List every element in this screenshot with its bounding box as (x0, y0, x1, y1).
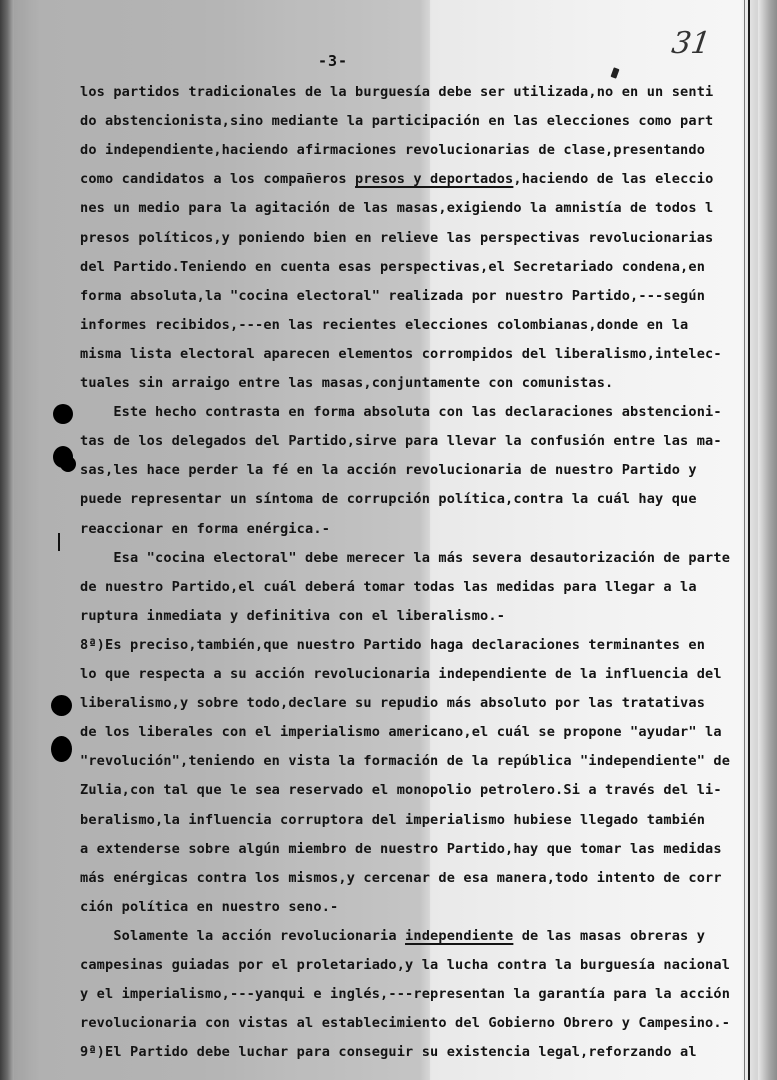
line-text: Solamente la acción revolucionaria (80, 928, 405, 944)
line-text: ,haciendo de las eleccio (513, 171, 713, 187)
document-line: Zulia,con tal que le sea reservado el mo… (80, 782, 722, 798)
document-line: do independiente,haciendo afirmaciones r… (80, 142, 705, 158)
line-text: los partidos tradicionales de la burgues… (80, 84, 713, 100)
line-text: de nuestro Partido,el cuál deberá tomar … (80, 579, 697, 595)
line-text: de los liberales con el imperialismo ame… (80, 724, 722, 740)
document-line: los partidos tradicionales de la burgues… (80, 84, 713, 100)
line-text: de las masas obreras y (513, 928, 705, 944)
document-line: presos políticos,y poniendo bien en reli… (80, 230, 713, 246)
line-text: informes recibidos,---en las recientes e… (80, 317, 688, 333)
document-line: revolucionaria con vistas al establecimi… (80, 1015, 730, 1031)
punch-hole-icon (51, 736, 72, 762)
document-line: del Partido.Teniendo en cuenta esas pers… (80, 259, 705, 275)
line-text: do independiente,haciendo afirmaciones r… (80, 142, 705, 158)
document-line: a extenderse sobre algún miembro de nues… (80, 841, 722, 857)
line-text: Zulia,con tal que le sea reservado el mo… (80, 782, 722, 798)
document-line: como candidatos a los compañeros presos … (80, 171, 713, 187)
line-text: nes un medio para la agitación de las ma… (80, 200, 713, 216)
line-text: liberalismo,y sobre todo,declare su repu… (80, 695, 705, 711)
document-line: puede representar un síntoma de corrupci… (80, 491, 697, 507)
document-line: tas de los delegados del Partido,sirve p… (80, 433, 722, 449)
document-line: 9ª)El Partido debe luchar para conseguir… (80, 1044, 697, 1060)
handwritten-folio-number: 31 (670, 26, 713, 61)
document-line: nes un medio para la agitación de las ma… (80, 200, 713, 216)
underlined-text: independiente (405, 928, 513, 944)
line-text: reaccionar en forma enérgica.- (80, 521, 330, 537)
document-line: informes recibidos,---en las recientes e… (80, 317, 688, 333)
line-text: misma lista electoral aparecen elementos… (80, 346, 722, 362)
line-text: más enérgicas contra los mismos,y cercen… (80, 870, 722, 886)
document-line: ción política en nuestro seno.- (80, 899, 338, 915)
line-text: revolucionaria con vistas al establecimi… (80, 1015, 730, 1031)
line-text: presos políticos,y poniendo bien en reli… (80, 230, 713, 246)
line-text: tas de los delegados del Partido,sirve p… (80, 433, 722, 449)
document-line: campesinas guiadas por el proletariado,y… (80, 957, 730, 973)
line-text: "revolución",teniendo en vista la formac… (80, 753, 730, 769)
scan-shading-band (14, 0, 430, 1080)
margin-rule-inner (744, 0, 745, 1080)
scan-right-edge (758, 0, 777, 1080)
document-line: de los liberales con el imperialismo ame… (80, 724, 722, 740)
document-line: lo que respecta a su acción revolucionar… (80, 666, 722, 682)
underlined-text: presos y deportados (355, 171, 513, 187)
line-text: puede representar un síntoma de corrupci… (80, 491, 697, 507)
line-text: beralismo,la influencia corruptora del i… (80, 812, 705, 828)
document-line: Este hecho contrasta en forma absoluta c… (80, 404, 722, 420)
line-text: ción política en nuestro seno.- (80, 899, 338, 915)
line-text: y el imperialismo,---yanqui e inglés,---… (80, 986, 730, 1002)
line-text: forma absoluta,la "cocina electoral" rea… (80, 288, 705, 304)
document-line: Solamente la acción revolucionaria indep… (80, 928, 705, 944)
punch-hole-icon (53, 404, 73, 424)
document-line: sas,les hace perder la fé en la acción r… (80, 462, 697, 478)
document-line: y el imperialismo,---yanqui e inglés,---… (80, 986, 730, 1002)
scan-left-edge (0, 0, 12, 1080)
line-text: como candidatos a los compañeros (80, 171, 355, 187)
page-number: -3- (318, 52, 348, 70)
line-text: del Partido.Teniendo en cuenta esas pers… (80, 259, 705, 275)
ink-blot (610, 67, 619, 78)
line-text: lo que respecta a su acción revolucionar… (80, 666, 722, 682)
document-line: más enérgicas contra los mismos,y cercen… (80, 870, 722, 886)
line-text: 8ª)Es preciso,también,que nuestro Partid… (80, 637, 705, 653)
punch-hole-icon (60, 456, 76, 472)
document-line: "revolución",teniendo en vista la formac… (80, 753, 730, 769)
line-text: tuales sin arraigo entre las masas,conju… (80, 375, 613, 391)
document-line: beralismo,la influencia corruptora del i… (80, 812, 705, 828)
document-line: tuales sin arraigo entre las masas,conju… (80, 375, 613, 391)
margin-rule (748, 0, 750, 1080)
document-line: liberalismo,y sobre todo,declare su repu… (80, 695, 705, 711)
document-line: Esa "cocina electoral" debe merecer la m… (80, 550, 730, 566)
line-text: Este hecho contrasta en forma absoluta c… (80, 404, 722, 420)
line-text: do abstencionista,sino mediante la parti… (80, 113, 713, 129)
punch-hole-icon (51, 695, 72, 716)
line-text: ruptura inmediata y definitiva con el li… (80, 608, 505, 624)
document-line: de nuestro Partido,el cuál deberá tomar … (80, 579, 697, 595)
margin-tick-mark (58, 533, 60, 551)
line-text: campesinas guiadas por el proletariado,y… (80, 957, 730, 973)
document-line: reaccionar en forma enérgica.- (80, 521, 330, 537)
line-text: sas,les hace perder la fé en la acción r… (80, 462, 697, 478)
line-text: a extenderse sobre algún miembro de nues… (80, 841, 722, 857)
line-text: 9ª)El Partido debe luchar para conseguir… (80, 1044, 697, 1060)
line-text: Esa "cocina electoral" debe merecer la m… (80, 550, 730, 566)
document-line: do abstencionista,sino mediante la parti… (80, 113, 713, 129)
document-line: forma absoluta,la "cocina electoral" rea… (80, 288, 705, 304)
document-line: 8ª)Es preciso,también,que nuestro Partid… (80, 637, 705, 653)
scanned-document-page: -3- 31 los partidos tradicionales de la … (0, 0, 777, 1080)
document-line: misma lista electoral aparecen elementos… (80, 346, 722, 362)
document-line: ruptura inmediata y definitiva con el li… (80, 608, 505, 624)
